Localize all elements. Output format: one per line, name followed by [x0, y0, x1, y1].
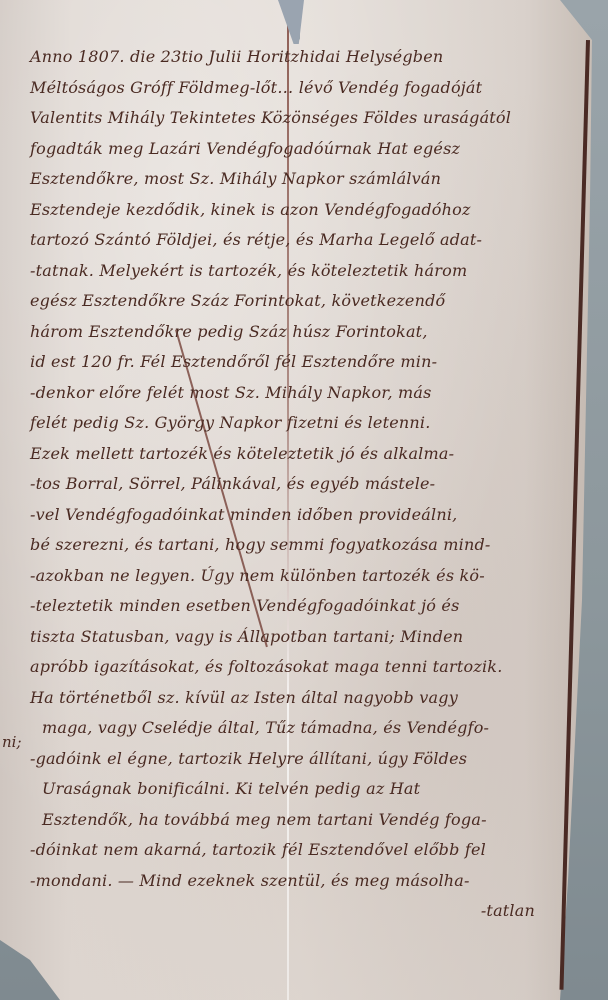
- text-line: Ha történetből sz. kívül az Isten által …: [30, 683, 575, 714]
- text-line: maga, vagy Cselédje által, Tűz támadna, …: [30, 713, 575, 744]
- manuscript-page: Anno 1807. die 23tio Julii Horitzhidai H…: [0, 0, 596, 1000]
- text-line: Anno 1807. die 23tio Julii Horitzhidai H…: [30, 42, 575, 73]
- text-line: felét pedig Sz. György Napkor fizetni és…: [30, 408, 575, 439]
- text-line: tiszta Statusban, vagy is Állapotban tar…: [30, 622, 575, 653]
- handwritten-text-block: Anno 1807. die 23tio Julii Horitzhidai H…: [30, 42, 575, 927]
- text-line: Esztendőkre, most Sz. Mihály Napkor szám…: [30, 164, 575, 195]
- text-line: -tatlan: [30, 896, 575, 927]
- text-line: Valentits Mihály Tekintetes Közönséges F…: [30, 103, 575, 134]
- text-line: Esztendeje kezdődik, kinek is azon Vendé…: [30, 195, 575, 226]
- text-line: apróbb igazításokat, és foltozásokat mag…: [30, 652, 575, 683]
- text-line: Esztendők, ha továbbá meg nem tartani Ve…: [30, 805, 575, 836]
- text-line: -teleztetik minden esetben Vendégfogadói…: [30, 591, 575, 622]
- text-line: -denkor előre felét most Sz. Mihály Napk…: [30, 378, 575, 409]
- text-line: fogadták meg Lazári Vendégfogadóúrnak Ha…: [30, 134, 575, 165]
- text-line: három Esztendőkre pedig Száz húsz Forint…: [30, 317, 575, 348]
- text-line: tartozó Szántó Földjei, és rétje, és Mar…: [30, 225, 575, 256]
- text-line: -tatnak. Melyekért is tartozék, és kötel…: [30, 256, 575, 287]
- text-line: egész Esztendőkre Száz Forintokat, követ…: [30, 286, 575, 317]
- text-line: -azokban ne legyen. Úgy nem különben tar…: [30, 561, 575, 592]
- text-line: bé szerezni, és tartani, hogy semmi fogy…: [30, 530, 575, 561]
- margin-note: ni;: [2, 733, 22, 751]
- text-line: Ezek mellett tartozék és köteleztetik jó…: [30, 439, 575, 470]
- text-line: id est 120 fr. Fél Esztendőről fél Eszte…: [30, 347, 575, 378]
- text-line: Uraságnak bonificálni. Ki telvén pedig a…: [30, 774, 575, 805]
- text-line: Méltóságos Gróff Földmeg-lőt… lévő Vendé…: [30, 73, 575, 104]
- text-line: -vel Vendégfogadóinkat minden időben pro…: [30, 500, 575, 531]
- text-line: -tos Borral, Sörrel, Pálinkával, és egyé…: [30, 469, 575, 500]
- text-line: -gadóink el égne, tartozik Helyre állíta…: [30, 744, 575, 775]
- text-line: -mondani. — Mind ezeknek szentül, és meg…: [30, 866, 575, 897]
- text-line: -dóinkat nem akarná, tartozik fél Eszten…: [30, 835, 575, 866]
